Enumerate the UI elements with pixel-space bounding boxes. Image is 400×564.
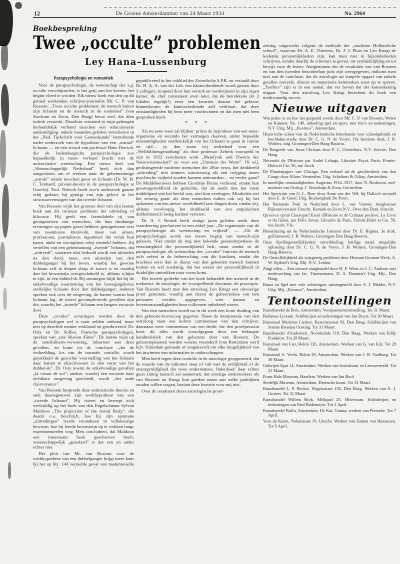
- publication-item: De Bergrede van Jezus Christus door P. C…: [263, 148, 396, 158]
- newspaper-page: 12 De Groene Amsterdammer van 24 Maart 1…: [0, 0, 400, 564]
- scan-artifact: [8, 462, 11, 479]
- exhibition-item: Kunsthandel d'Audretsch, Noordeinde 110,…: [263, 331, 396, 341]
- exhibitions-heading: Tentoonstellingen: [263, 298, 396, 303]
- publication-item: Historische schets van de Nederlandsche …: [263, 132, 396, 147]
- body-paragraph: Van Rossem bespreekt deze animistische t…: [33, 387, 134, 449]
- publication-item: Zingt allen.... Een nieuwe zangbundel do…: [263, 267, 396, 282]
- exhibition-item: Galerijen Spui 14, Amsterdam. Werken van…: [263, 364, 396, 374]
- article-byline: Ley Hana–Lussenburg: [33, 58, 259, 68]
- publication-item: Qu'est-ce qu'un Classique? Essai d'Histo…: [263, 213, 396, 228]
- scan-artifact: [0, 242, 5, 278]
- exhibition-item: Barlaeus-Lyceum. Schilderijen en teekeni…: [263, 314, 396, 319]
- article-column-1: Parapsychologie en romantiek Voor de par…: [33, 76, 134, 468]
- body-paragraph: Over de resultaten dezer astrologische p…: [136, 388, 259, 393]
- exhibition-item: Stedelijk Museum, Amsterdam. Deensche ku…: [263, 380, 396, 385]
- publication-item: Kunst en Spel met vele oefeningen, samen…: [263, 282, 396, 292]
- publication-item: In moeilijke omstandigheden, Augustus 19…: [263, 180, 396, 190]
- body-paragraph: gepubliceerd in het vakblad der Zweedsch…: [136, 78, 259, 120]
- exhibition-item: Kunstzaal Martinus Liernur, Kazernestraa…: [263, 320, 396, 330]
- new-releases-heading: Nieuwe uitgaven: [263, 106, 396, 111]
- publication-item: De Onstoffelijkheid als wijsgeerig probl…: [263, 256, 396, 266]
- exhibition-item: Kunsthandel L. P. Becker, Wagenstraat 10…: [263, 386, 396, 396]
- scan-artifact: [1, 42, 8, 70]
- masthead-title: De Groene Amsterdammer van 24 Maart 1934: [100, 11, 240, 17]
- publication-item: De Plantenjagers van Chicago. Een verhaa…: [263, 169, 396, 179]
- publication-item: Bloemlezing uit de Nederlandsche Lettere…: [263, 229, 396, 239]
- publication-item: Onze Spellingmoeilijkheden; ontwikkeling…: [263, 240, 396, 255]
- column-subhead: Parapsychologie en romantiek: [33, 76, 134, 81]
- scan-artifact: [3, 288, 7, 310]
- body-paragraph: Het pleit van Mr. van Rossem voor de wer…: [33, 451, 134, 468]
- right-column: zetting, uitgewerkt volgens de methode d…: [263, 43, 396, 473]
- body-paragraph: zetting, uitgewerkt volgens de methode d…: [263, 43, 396, 100]
- body-paragraph: Als nu eens waar zal blijken: primo de h…: [136, 128, 259, 216]
- exhibition-item: Frans Hals-Museum, Haarlem. Werken van J…: [263, 375, 396, 380]
- scan-artifact: [0, 130, 6, 178]
- article-column-2: gepubliceerd in het vakblad der Zweedsch…: [136, 78, 259, 476]
- exhibition-item: Kunstzaal A. Vecht, Rokin 30, Amsterdam.…: [263, 353, 396, 363]
- byline-rule: [127, 71, 167, 72]
- publication-item: Het Spectrum van O. L. Boer door Anna va…: [263, 191, 396, 201]
- issue-number: No. 2964: [315, 11, 365, 17]
- publication-item: Wat poker is en hoe het gespeeld wordt, …: [263, 116, 396, 131]
- exhibition-item: Kunstzaal van Lier, Rokin 126, Amsterdam…: [263, 342, 396, 352]
- body-paragraph: Men heeft tegen deze contrôle in de astr…: [136, 356, 259, 387]
- body-paragraph: Het tweede gedeelte van het boek behande…: [136, 276, 259, 307]
- article-title: Twee „occulte” problemen: [33, 32, 261, 54]
- body-paragraph: Van tien menschen wordt nu in dit werk e…: [136, 308, 259, 355]
- scan-artifact: [2, 184, 9, 238]
- publication-item: Het Nationale Park in Nederland door L. …: [263, 202, 396, 212]
- exhibition-item: Voor de Kunst, Nobelstraat 19, Utrecht. …: [263, 419, 396, 429]
- header-rule: [33, 17, 396, 18]
- exhibition-item: Kunsthandel Buffa, Amsterdam. De Kat, Gi…: [263, 408, 396, 418]
- body-paragraph: Dr. A. J. Resink heeft eenige jaren gele…: [136, 218, 259, 275]
- section-divider: * * *: [136, 121, 259, 126]
- scan-artifact: [1, 84, 9, 126]
- publication-item: Nécessité de l'Histoire par André Lelarg…: [263, 159, 396, 169]
- body-paragraph: Van Rossem wijdt het grootste deel van z…: [33, 203, 134, 312]
- body-paragraph: Deze „occulte” ervaringen worden door de…: [33, 314, 134, 387]
- body-paragraph: Voor de parapsychologie, de wetenschap d…: [33, 83, 134, 203]
- exhibition-item: Kunsthandel de Bois, Amsterdam. Voorjaar…: [263, 308, 396, 313]
- exhibition-item: Kunsthandel Willem Brok, Melkpad 25, Hil…: [263, 397, 396, 407]
